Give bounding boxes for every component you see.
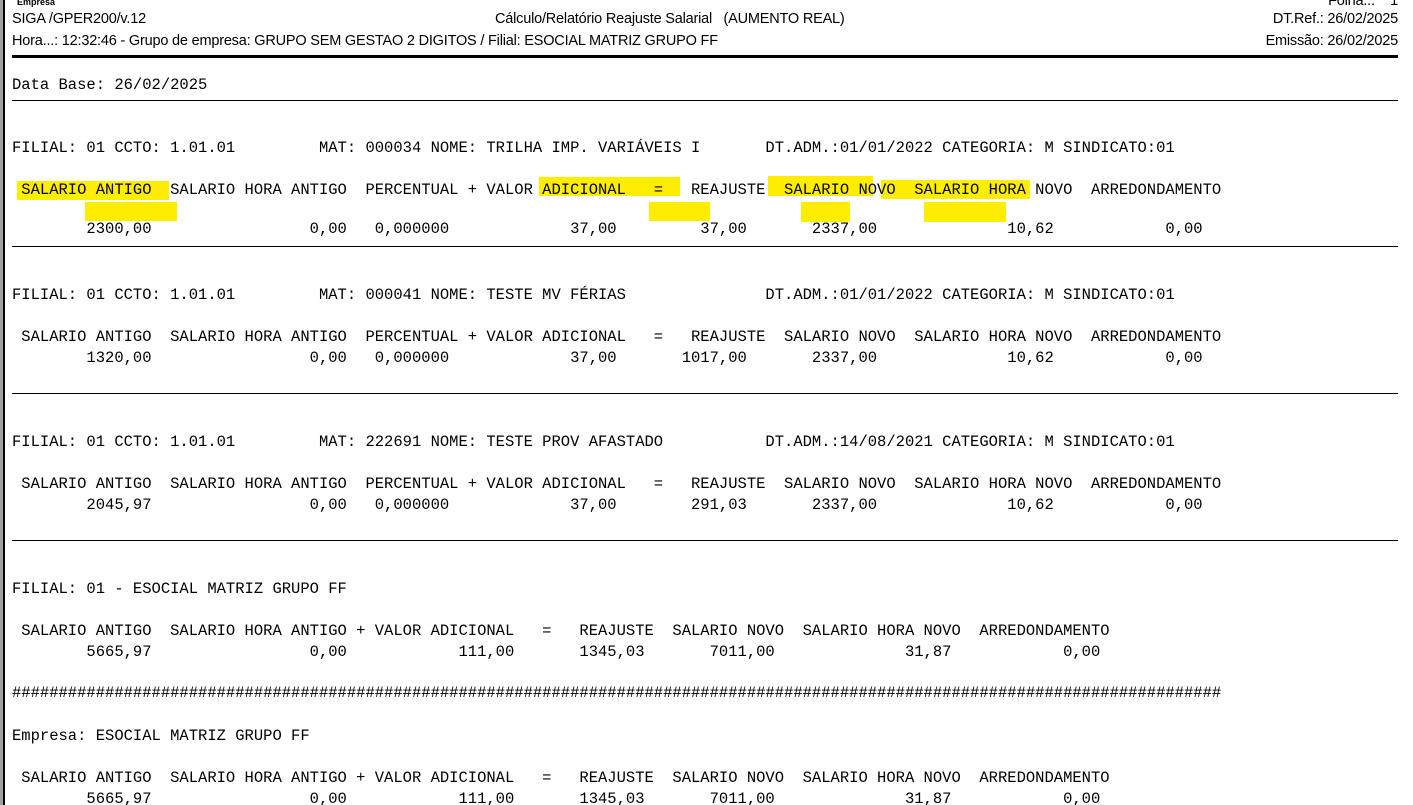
hash-separator: ########################################…	[12, 684, 1412, 702]
divider	[12, 100, 1398, 101]
report-title: Cálculo/Relatório Reajuste Salarial (AUM…	[495, 11, 845, 27]
filial-total-values: 5665,97 0,00 111,00 1345,03 7011,00 31,8…	[12, 643, 1100, 661]
divider	[12, 246, 1398, 247]
data-base: Data Base: 26/02/2025	[12, 76, 207, 94]
page-number: Folha... 1	[1328, 0, 1398, 9]
empresa-total-values: 5665,97 0,00 111,00 1345,03 7011,00 31,8…	[12, 790, 1100, 805]
highlight-mark	[801, 202, 850, 222]
highlight-mark	[649, 202, 710, 221]
filial-total-title: FILIAL: 01 - ESOCIAL MATRIZ GRUPO FF	[12, 580, 347, 598]
employee-info: FILIAL: 01 CCTO: 1.01.01 MAT: 222691 NOM…	[12, 433, 1175, 451]
values-row: 2045,97 0,00 0,000000 37,00 291,03 2337,…	[12, 496, 1203, 514]
report-page: Empresa SIGA /GPER200/v.12 Cálculo/Relat…	[5, 0, 1413, 805]
employee-info: FILIAL: 01 CCTO: 1.01.01 MAT: 000034 NOM…	[12, 139, 1175, 157]
employee-info: FILIAL: 01 CCTO: 1.01.01 MAT: 000041 NOM…	[12, 286, 1175, 304]
divider	[12, 393, 1398, 394]
report-header-row-0: Folha... 1	[12, 0, 1398, 13]
emissao-date: Emissão: 26/02/2025	[1266, 33, 1398, 49]
filial-total-headers: SALARIO ANTIGO SALARIO HORA ANTIGO + VAL…	[12, 622, 1110, 640]
header-rule	[12, 55, 1398, 58]
highlight-mark	[924, 202, 1006, 222]
values-row: 2300,00 0,00 0,000000 37,00 37,00 2337,0…	[12, 220, 1413, 238]
divider	[12, 540, 1398, 541]
highlight-mark	[85, 202, 177, 221]
column-headers: SALARIO ANTIGO SALARIO HORA ANTIGO PERCE…	[12, 475, 1221, 493]
hora-grupo-filial: Hora...: 12:32:46 - Grupo de empresa: GR…	[12, 33, 718, 49]
program-id: SIGA /GPER200/v.12	[12, 11, 146, 27]
dt-ref: DT.Ref.: 26/02/2025	[1273, 11, 1398, 27]
empresa-total-title: Empresa: ESOCIAL MATRIZ GRUPO FF	[12, 727, 310, 745]
report-header-row-2: Hora...: 12:32:46 - Grupo de empresa: GR…	[12, 33, 1398, 53]
report-header-row-1: SIGA /GPER200/v.12 Cálculo/Relatório Rea…	[12, 11, 1398, 31]
empresa-total-headers: SALARIO ANTIGO SALARIO HORA ANTIGO + VAL…	[12, 769, 1110, 787]
values-row: 1320,00 0,00 0,000000 37,00 1017,00 2337…	[12, 349, 1203, 367]
column-headers: SALARIO ANTIGO SALARIO HORA ANTIGO PERCE…	[12, 328, 1221, 346]
column-headers: SALARIO ANTIGO SALARIO HORA ANTIGO PERCE…	[12, 181, 1413, 199]
